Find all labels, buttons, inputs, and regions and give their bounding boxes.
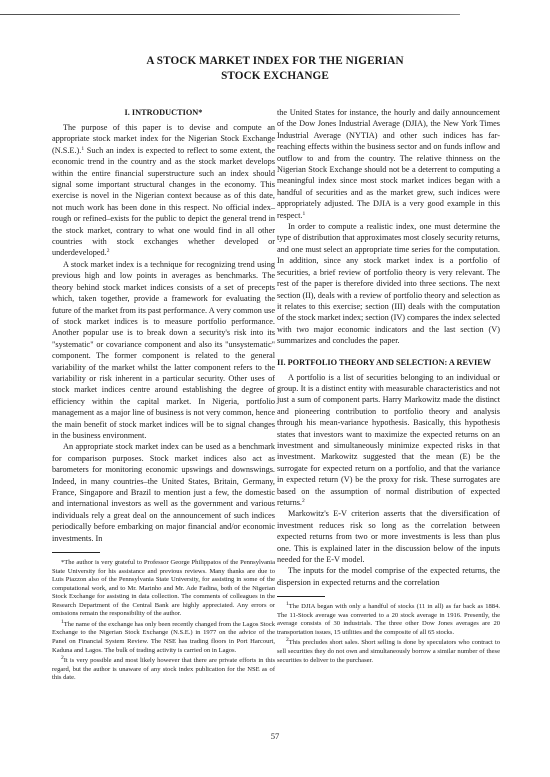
paragraph: the United States for instance, the hour… — [277, 107, 500, 221]
paragraph: In order to compute a realistic index, o… — [277, 221, 500, 346]
right-column: the United States for instance, the hour… — [277, 107, 500, 667]
paragraph: The inputs for the model comprise of the… — [277, 565, 500, 588]
paragraph: A stock market index is a technique for … — [52, 259, 275, 442]
footnote: *The author is very grateful to Professo… — [52, 559, 275, 619]
header-rule — [0, 14, 460, 15]
section-heading-introduction: I. INTRODUCTION* — [52, 107, 275, 118]
left-column: I. INTRODUCTION* The purpose of this pap… — [52, 107, 275, 685]
paragraph: A portfolio is a list of securities belo… — [277, 372, 500, 509]
paragraph: The purpose of this paper is to devise a… — [52, 122, 275, 259]
footnote: 2This precludes short sales. Short selli… — [277, 639, 500, 665]
paper-title: A STOCK MARKET INDEX FOR THE NIGERIAN ST… — [0, 54, 550, 84]
footnote: 2It is very possible and most likely how… — [52, 657, 275, 683]
footnotes-right: 1The DJIA began with only a handful of s… — [277, 603, 500, 665]
footnote: 1The name of the exchange has only been … — [52, 621, 275, 655]
page-number: 57 — [0, 731, 550, 741]
title-line-1: A STOCK MARKET INDEX FOR THE NIGERIAN — [0, 54, 550, 69]
footnote: 1The DJIA began with only a handful of s… — [277, 603, 500, 637]
title-line-2: STOCK EXCHANGE — [0, 69, 550, 84]
footnote-rule — [277, 596, 325, 597]
footnote-ref: 2 — [302, 498, 305, 504]
footnote-ref: 1 — [302, 211, 305, 217]
paragraph: Markowitz's E-V criterion asserts that t… — [277, 508, 500, 565]
footnote-rule — [52, 552, 100, 553]
footnotes-left: *The author is very grateful to Professo… — [52, 559, 275, 683]
paragraph: An appropriate stock market index can be… — [52, 441, 275, 544]
section-heading-portfolio-theory: II. PORTFOLIO THEORY AND SELECTION: A RE… — [277, 357, 500, 368]
footnote-ref: 2 — [107, 248, 110, 254]
